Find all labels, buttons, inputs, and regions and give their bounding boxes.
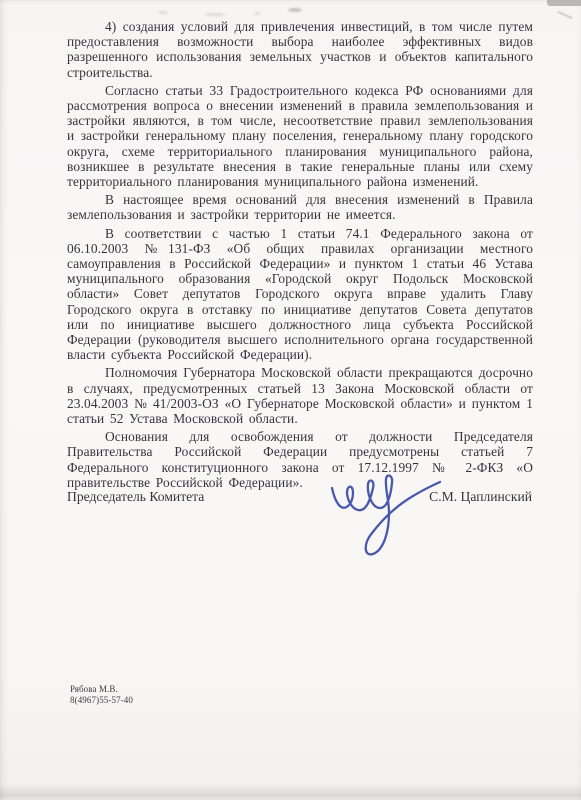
paragraph-no-grounds: В настоящее время оснований для внесения… (67, 192, 533, 222)
scan-corner-mark (547, 0, 581, 6)
paragraph-pm-dismissal: Основания для освобождения от должности … (67, 429, 533, 490)
scan-smudge (288, 8, 302, 12)
paragraph-item4-investments: 4) создания условий для привлечения инве… (67, 19, 533, 80)
signatory-title: Председатель Комитета (67, 489, 204, 505)
signatory-name: С.М. Цаплинский (429, 489, 532, 505)
paragraph-federal-law-131: В соответствии с частью 1 статьи 74.1 Фе… (67, 226, 533, 363)
signature-block: Председатель Комитета С.М. Цаплинский (67, 489, 532, 505)
scan-shadow (0, 784, 581, 800)
footer-contact-name: Рябова М.В. (70, 684, 133, 695)
paragraph-governor-powers: Полномочия Губернатора Московской област… (67, 365, 533, 426)
scan-smudge (254, 12, 261, 15)
footer-contact: Рябова М.В. 8(4967)55-57-40 (70, 684, 133, 705)
paragraph-town-planning-code: Согласно статьи 33 Градостроительного ко… (67, 83, 533, 189)
scan-edge-mark (557, 11, 572, 19)
document-body: 4) создания условий для привлечения инве… (67, 19, 533, 493)
footer-contact-phone: 8(4967)55-57-40 (70, 695, 133, 706)
scanned-document-page: 4) создания условий для привлечения инве… (0, 0, 581, 800)
scan-smudge (204, 13, 226, 16)
scan-smudge (158, 11, 168, 14)
